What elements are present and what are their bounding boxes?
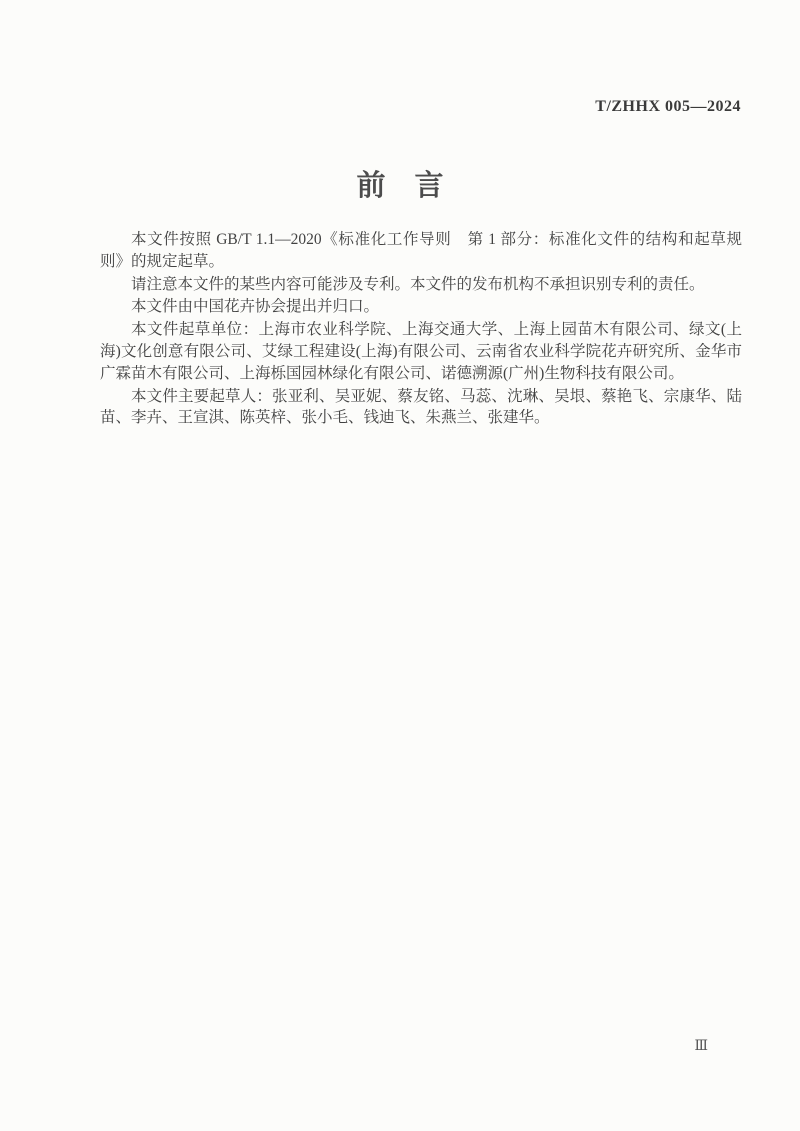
page-number: Ⅲ — [694, 1038, 708, 1055]
standard-number: T/ZHHX 005—2024 — [100, 98, 741, 116]
foreword-paragraph-drafting-organizations: 本文件起草单位：上海市农业科学院、上海交通大学、上海上园苗木有限公司、绿文(上海… — [100, 319, 742, 384]
foreword-paragraph-main-drafters: 本文件主要起草人：张亚利、吴亚妮、蔡友铭、马蕊、沈琳、吴垠、蔡艳飞、宗康华、陆苗… — [100, 386, 742, 430]
foreword-paragraph-patent-notice: 请注意本文件的某些内容可能涉及专利。本文件的发布机构不承担识别专利的责任。 — [100, 274, 742, 296]
document-page: T/ZHHX 005—2024 前 言 本文件按照 GB/T 1.1—2020《… — [0, 0, 800, 1131]
foreword-paragraph-drafting-rules: 本文件按照 GB/T 1.1—2020《标准化工作导则 第 1 部分：标准化文件… — [100, 229, 742, 273]
foreword-title: 前 言 — [0, 163, 800, 204]
foreword-body: 本文件按照 GB/T 1.1—2020《标准化工作导则 第 1 部分：标准化文件… — [100, 229, 742, 430]
foreword-paragraph-proposing-body: 本文件由中国花卉协会提出并归口。 — [100, 296, 742, 318]
